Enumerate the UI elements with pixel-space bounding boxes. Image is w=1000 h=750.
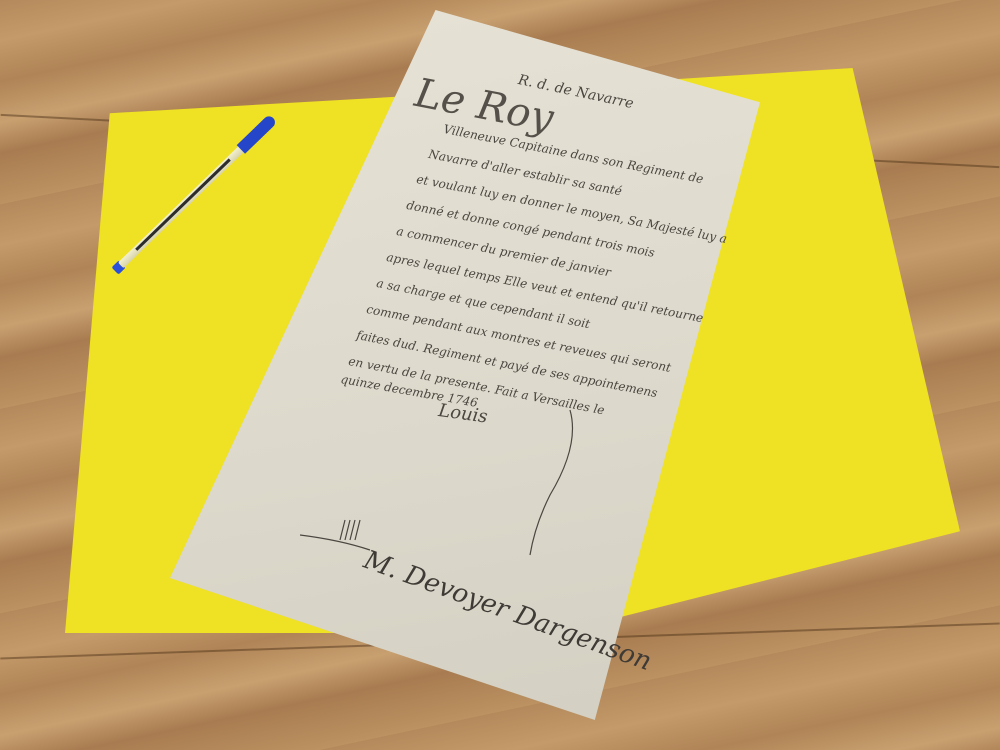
- manuscript-letter: R. d. de Navarre Le Roy Villeneuve Capit…: [170, 10, 760, 720]
- flourish-stroke: [510, 405, 590, 565]
